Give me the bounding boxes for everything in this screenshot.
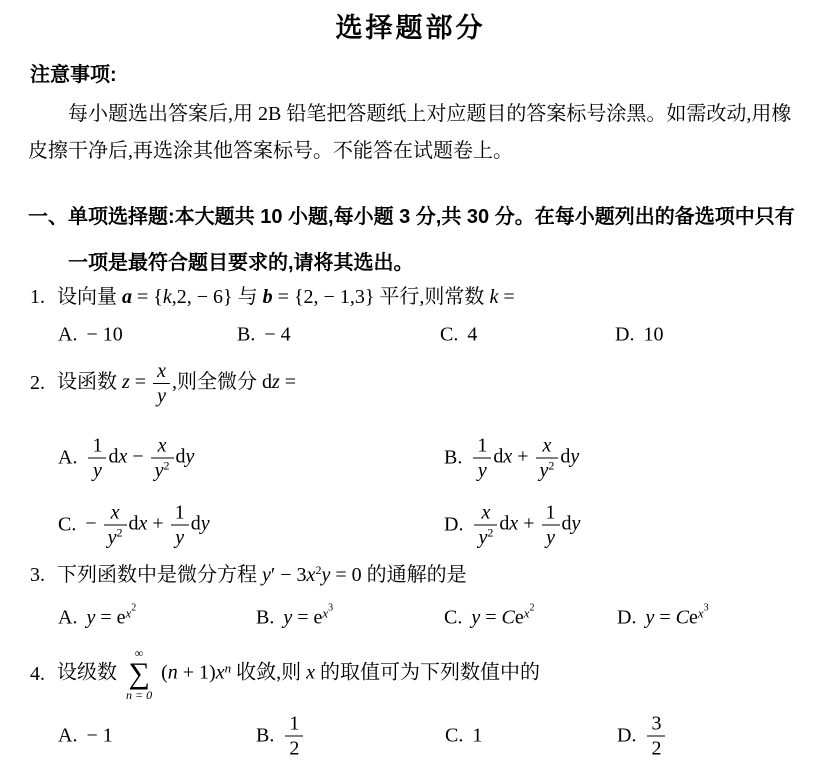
- question-3-number: 3.: [30, 562, 57, 588]
- question-3: 3. 下列函数中是微分方程 y′ − 3x2y = 0 的通解的是: [30, 562, 467, 588]
- question-2-option-b: B. 1ydx + xy2dy: [444, 435, 579, 482]
- question-3-option-a: A. y = ex2: [58, 607, 136, 630]
- option-label: D.: [617, 607, 636, 630]
- question-4-stem: 设级数 ∞∑n = 0 (n + 1)xn 收敛,则 x 的取值可为下列数值中的: [57, 647, 540, 701]
- question-3-options: A. y = ex2 B. y = ex3 C. y = Cex2 D. y =…: [0, 600, 821, 636]
- option-label: D.: [617, 725, 636, 748]
- question-4-option-b: B. 12: [256, 713, 305, 760]
- question-2-options-row-2: C. − xy2dx + 1ydy D. xy2dx + 1ydy: [0, 499, 821, 551]
- option-label: A.: [58, 324, 77, 347]
- question-3-option-c: C. y = Cex2: [444, 607, 535, 630]
- fraction: 32: [647, 713, 665, 760]
- option-value: 1: [472, 725, 482, 748]
- option-value: 12: [283, 713, 305, 760]
- question-1-number: 1.: [30, 284, 57, 310]
- question-4: 4. 设级数 ∞∑n = 0 (n + 1)xn 收敛,则 x 的取值可为下列数…: [30, 646, 540, 702]
- question-1-option-a: A. − 10: [58, 324, 123, 347]
- question-1-option-b: B. − 4: [237, 324, 291, 347]
- option-label: C.: [444, 607, 462, 630]
- option-value: xy2dx + 1ydy: [472, 502, 580, 549]
- option-value: y = ex3: [283, 607, 333, 630]
- exam-page: 选择题部分 注意事项: 每小题选出答案后,用 2B 铅笔把答题纸上对应题目的答案…: [0, 0, 821, 774]
- option-label: D.: [615, 324, 634, 347]
- option-value: y = Cex3: [645, 607, 708, 630]
- option-label: C.: [58, 514, 76, 537]
- fraction: 1y: [88, 435, 106, 482]
- fraction: 12: [285, 713, 303, 760]
- option-label: B.: [237, 324, 255, 347]
- question-2: 2. 设函数 z = xy,则全微分 dz =: [30, 357, 296, 409]
- option-label: C.: [440, 324, 458, 347]
- fraction: 1y: [473, 435, 491, 482]
- option-label: A.: [58, 447, 77, 470]
- question-1-options: A. − 10 B. − 4 C. 4 D. 10: [0, 320, 821, 350]
- option-value: 1ydx − xy2dy: [86, 435, 194, 482]
- question-2-options-row-1: A. 1ydx − xy2dy B. 1ydx + xy2dy: [0, 432, 821, 484]
- option-label: C.: [445, 725, 463, 748]
- question-2-option-a: A. 1ydx − xy2dy: [58, 435, 194, 482]
- fraction: 1y: [171, 502, 189, 549]
- page-title: 选择题部分: [0, 6, 821, 45]
- fraction: xy2: [474, 502, 497, 549]
- question-4-number: 4.: [30, 661, 57, 687]
- option-value: y = ex2: [86, 607, 136, 630]
- option-value: 32: [645, 713, 667, 760]
- question-1-stem: 设向量 a = {k,2, − 6} 与 b = {2, − 1,3} 平行,则…: [57, 284, 515, 310]
- question-4-option-d: D. 32: [617, 713, 667, 760]
- option-value: 4: [467, 324, 477, 347]
- question-2-stem: 设函数 z = xy,则全微分 dz =: [57, 360, 296, 407]
- fraction: 1y: [542, 502, 560, 549]
- fraction: xy2: [104, 502, 127, 549]
- question-3-option-d: D. y = Cex3: [617, 607, 709, 630]
- notice-heading: 注意事项:: [30, 58, 117, 87]
- question-3-option-b: B. y = ex3: [256, 607, 333, 630]
- option-value: − 4: [264, 324, 290, 347]
- notice-body: 每小题选出答案后,用 2B 铅笔把答题纸上对应题目的答案标号涂黑。如需改动,用橡…: [28, 96, 798, 170]
- question-2-option-d: D. xy2dx + 1ydy: [444, 502, 580, 549]
- question-4-options: A. − 1 B. 12 C. 1 D. 32: [0, 708, 821, 764]
- option-value: 1ydx + xy2dy: [471, 435, 579, 482]
- question-2-option-c: C. − xy2dx + 1ydy: [58, 502, 210, 549]
- option-label: B.: [256, 725, 274, 748]
- question-2-number: 2.: [30, 370, 57, 396]
- question-3-stem: 下列函数中是微分方程 y′ − 3x2y = 0 的通解的是: [57, 562, 467, 588]
- fraction: xy: [153, 360, 170, 407]
- summation-symbol: ∞∑n = 0: [126, 647, 152, 701]
- option-value: − 1: [86, 725, 112, 748]
- question-1: 1. 设向量 a = {k,2, − 6} 与 b = {2, − 1,3} 平…: [30, 284, 515, 310]
- fraction: xy2: [151, 435, 174, 482]
- option-label: A.: [58, 725, 77, 748]
- option-label: B.: [444, 447, 462, 470]
- option-label: B.: [256, 607, 274, 630]
- option-label: A.: [58, 607, 77, 630]
- option-value: − xy2dx + 1ydy: [85, 502, 209, 549]
- question-4-option-a: A. − 1: [58, 725, 113, 748]
- option-value: y = Cex2: [471, 607, 534, 630]
- question-4-option-c: C. 1: [445, 725, 482, 748]
- option-value: − 10: [86, 324, 122, 347]
- fraction: xy2: [536, 435, 559, 482]
- question-1-option-d: D. 10: [615, 324, 663, 347]
- option-value: 10: [643, 324, 663, 347]
- section-heading: 一、单项选择题:本大题共 10 小题,每小题 3 分,共 30 分。在每小题列出…: [28, 194, 808, 286]
- option-label: D.: [444, 514, 463, 537]
- question-1-option-c: C. 4: [440, 324, 477, 347]
